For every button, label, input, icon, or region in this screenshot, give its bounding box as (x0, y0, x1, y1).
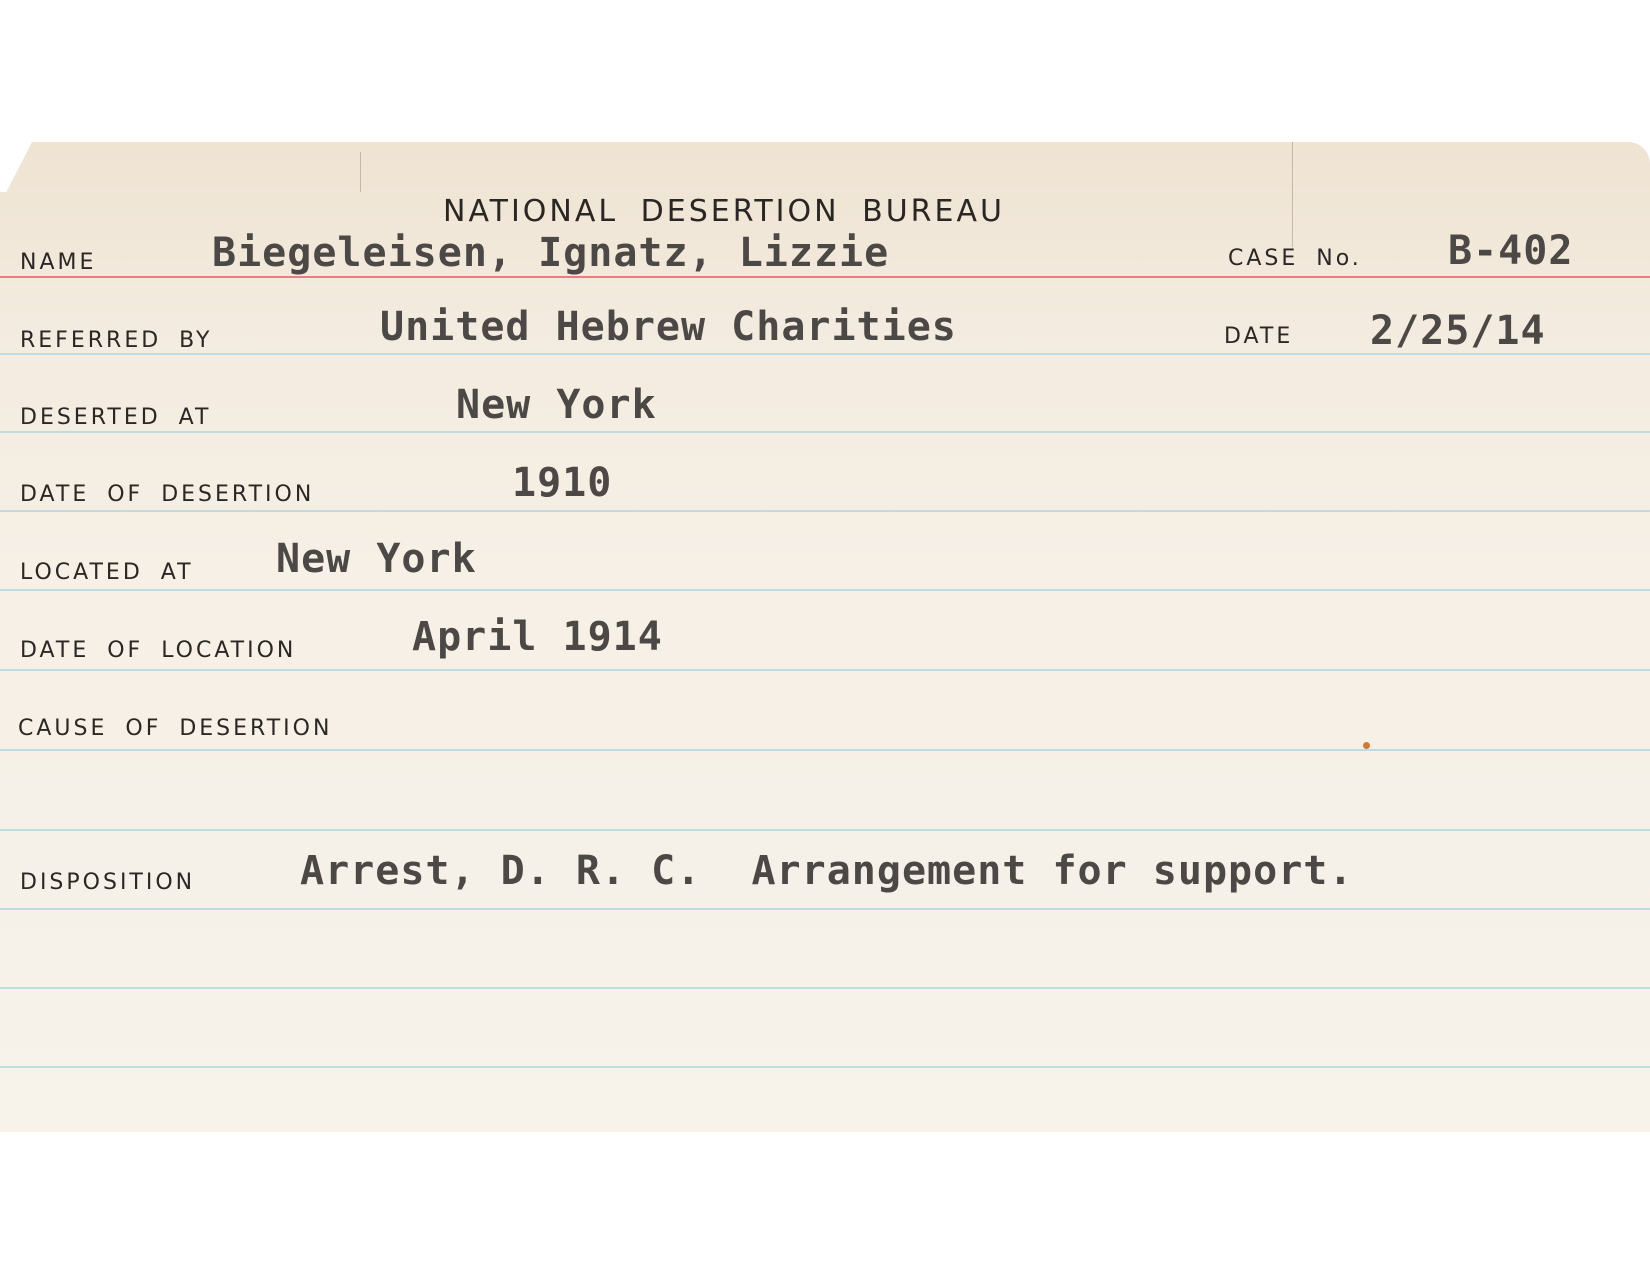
cause-of-desertion-label: CAUSE OF DESERTION (18, 716, 332, 741)
disposition-label: DISPOSITION (20, 870, 195, 895)
located-at-label: LOCATED AT (20, 560, 194, 585)
ruled-line (0, 1066, 1650, 1068)
date-of-location-value: April 1914 (412, 614, 663, 660)
referred-by-label: REFERRED BY (20, 328, 212, 353)
name-label: NAME (20, 250, 96, 275)
date-value: 2/25/14 (1370, 308, 1546, 354)
date-label: DATE (1224, 324, 1293, 349)
card-crease (360, 152, 361, 192)
name-value: Biegeleisen, Ignatz, Lizzie (212, 230, 889, 276)
located-at-value: New York (276, 536, 477, 582)
ruled-line (0, 749, 1650, 751)
ruled-line (0, 431, 1650, 433)
referred-by-value: United Hebrew Charities (380, 304, 957, 350)
ruled-line (0, 987, 1650, 989)
red-header-rule (0, 276, 1650, 278)
disposition-value: Arrest, D. R. C. Arrangement for support… (300, 848, 1353, 894)
deserted-at-label: DESERTED AT (20, 405, 211, 430)
ruled-line (0, 669, 1650, 671)
ruled-line (0, 589, 1650, 591)
card-title: NATIONAL DESERTION BUREAU (443, 194, 1005, 229)
index-card: NATIONAL DESERTION BUREAU NAME Biegeleis… (0, 142, 1650, 1132)
case-no-value: B-402 (1448, 228, 1573, 274)
card-crease (1292, 142, 1293, 247)
date-of-location-label: DATE OF LOCATION (20, 638, 296, 663)
ruled-line (0, 510, 1650, 512)
date-of-desertion-label: DATE OF DESERTION (20, 482, 314, 507)
ruled-line (0, 829, 1650, 831)
case-no-label: CASE No. (1228, 246, 1362, 271)
ruled-line (0, 908, 1650, 910)
ink-speck (1363, 742, 1370, 749)
date-of-desertion-value: 1910 (512, 460, 612, 506)
deserted-at-value: New York (456, 382, 657, 428)
